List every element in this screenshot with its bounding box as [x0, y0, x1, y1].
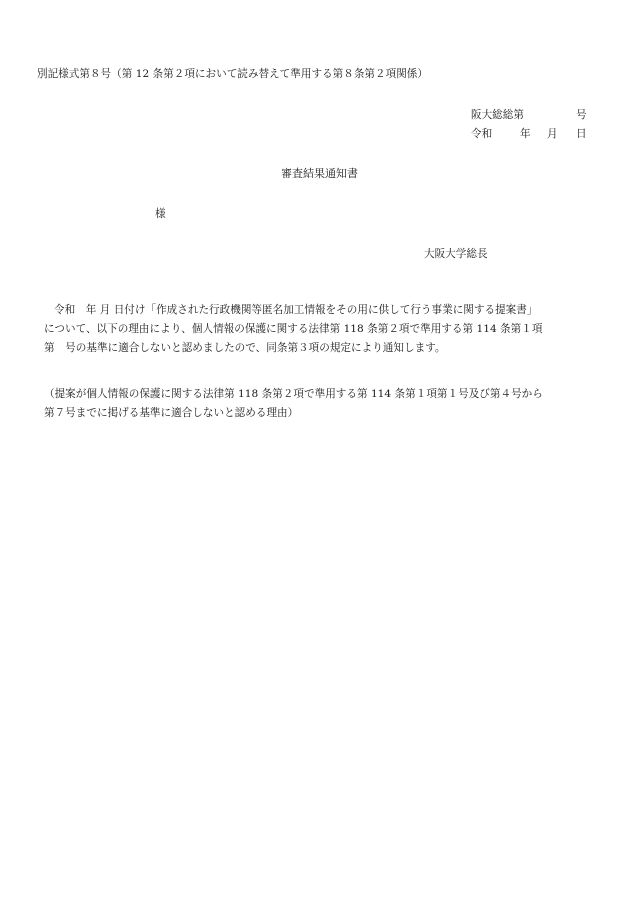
date-day-label: 日 — [576, 126, 587, 142]
reference-number-suffix: 号 — [576, 107, 587, 123]
addressee-suffix: 様 — [155, 206, 166, 222]
date-era: 令和 — [471, 126, 492, 142]
body-line: 第 号の基準に適合しないと認めましたので、同条第３項の規定により通知します。 — [44, 340, 446, 356]
form-label: 別記様式第８号（第 12 条第２項において読み替えて準用する第８条第２項関係） — [37, 66, 428, 82]
sender-name: 大阪大学総長 — [424, 246, 488, 262]
date-year-label: 年 — [520, 126, 531, 142]
document-title: 審査結果通知書 — [281, 166, 358, 182]
body-line: について、以下の理由により、個人情報の保護に関する法律第 118 条第２項で準用… — [44, 321, 542, 337]
date-month-label: 月 — [547, 126, 558, 142]
body-line: 令和 年 月 日付け「作成された行政機関等匿名加工情報をその用に供して行う事業に… — [54, 302, 537, 318]
reference-number-prefix: 阪大総総第 — [471, 107, 524, 123]
reason-line: （提案が個人情報の保護に関する法律第 118 条第２項で準用する第 114 条第… — [44, 386, 543, 402]
reason-line: 第７号までに掲げる基準に適合しないと認める理由） — [44, 405, 298, 421]
